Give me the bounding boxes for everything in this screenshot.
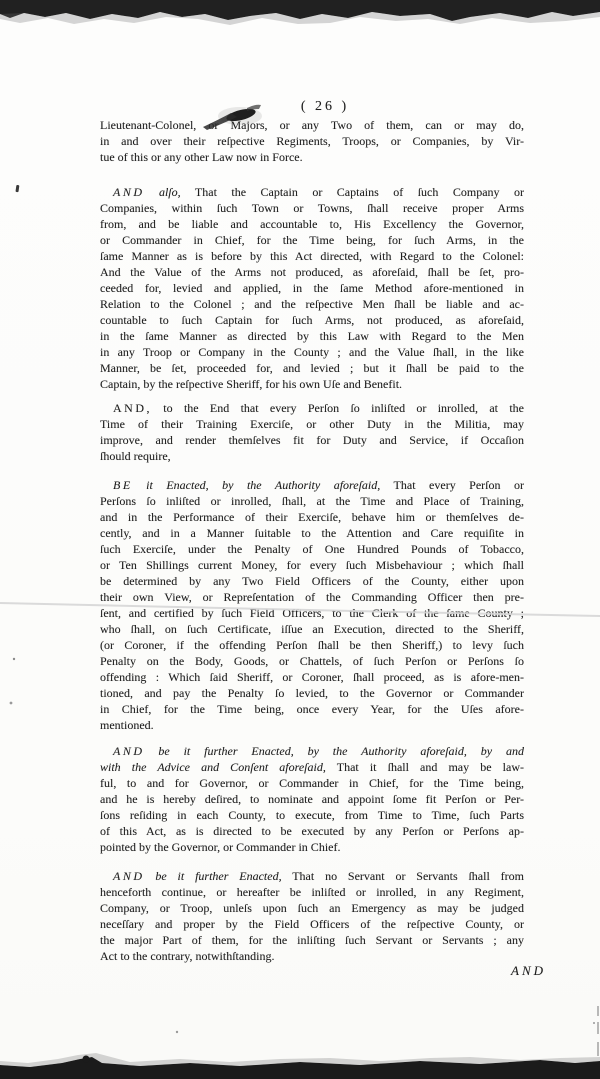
text-line: ceeded for, levied and applied, in the ſ… <box>100 280 524 296</box>
page-number: ( 26 ) <box>123 99 527 115</box>
text-segment: Perſons ſo inliſted or inrolled, ſhall, … <box>100 494 524 508</box>
text-segment: of this Act, as is directed to be execut… <box>100 824 524 838</box>
text-segment: alſo, <box>145 185 181 199</box>
text-line: Manner, be ſet, proceeded for, and levie… <box>100 360 524 376</box>
text-segment: the major Part of them, for the inliſtin… <box>100 933 524 947</box>
text-segment: their own View, or Repreſentation of the… <box>100 590 524 604</box>
text-line: in the ſame Manner as directed by this L… <box>100 328 524 344</box>
text-segment: from, and be liable and accountable to, … <box>100 217 524 231</box>
text-segment: Company, or Troop, unleſs upon ſuch an E… <box>100 901 524 915</box>
paragraph: AND be it further Enacted, by the Author… <box>100 743 524 855</box>
text-segment: That the Captain or Captains of ſuch Com… <box>181 185 524 199</box>
text-line: AND alſo, That the Captain or Captains o… <box>100 184 524 200</box>
text-line: their own View, or Repreſentation of the… <box>100 589 524 605</box>
text-line: in and over their reſpective Regiments, … <box>100 133 524 149</box>
text-segment: And the Value of the Arms not produced, … <box>100 265 524 279</box>
text-segment: improve, and render themſelves fit for D… <box>100 433 524 447</box>
text-segment: tue of this or any other Law now in Forc… <box>100 150 303 164</box>
text-line: Lieutenant-Colonel, or Majors, or any Tw… <box>100 117 524 133</box>
top-tear-fuzz <box>0 12 600 25</box>
text-line: Act to the contrary, notwithſtanding. <box>100 948 524 964</box>
text-line: and he is hereby deſired, to nominate an… <box>100 791 524 807</box>
text-line: Company, or Troop, unleſs upon ſuch an E… <box>100 900 524 916</box>
paragraph: Lieutenant-Colonel, or Majors, or any Tw… <box>100 117 524 165</box>
text-line: henceforth continue, or hereafter be inl… <box>100 884 524 900</box>
text-line: pointed by the Governor, or Commander in… <box>100 839 524 855</box>
text-segment: or Commander in Chief, for the Time bein… <box>100 233 524 247</box>
text-line: And the Value of the Arms not produced, … <box>100 264 524 280</box>
text-line: offending : Which ſaid Sheriff, or Coron… <box>100 669 524 685</box>
text-line: ſuch Exerciſe, under the Penalty of One … <box>100 541 524 557</box>
text-segment: be determined by any Two Field Officers … <box>100 574 524 588</box>
text-line: Companies, within ſuch Town or Towns, ſh… <box>100 200 524 216</box>
text-segment: henceforth continue, or hereafter be inl… <box>100 885 524 899</box>
text-line: ſent, and certified by ſuch Field Office… <box>100 605 524 621</box>
text-segment: AND <box>113 744 145 758</box>
text-line: ſame Manner as is before by this Act dir… <box>100 248 524 264</box>
text-segment: neceſſary and proper by the Field Office… <box>100 917 524 931</box>
text-segment: (or Coroner, if the offending Perſon ſha… <box>100 638 524 652</box>
paragraph: AND be it further Enacted, That no Serva… <box>100 868 524 964</box>
text-line: Captain, by the reſpective Sheriff, for … <box>100 376 524 392</box>
text-segment: Relation to the Colonel ; and the reſpec… <box>100 297 524 311</box>
text-segment: ceeded for, levied and applied, in the ſ… <box>100 281 524 295</box>
text-line: who ſhall, on ſuch Certificate, iſſue an… <box>100 621 524 637</box>
text-segment: ſhould require, <box>100 449 171 463</box>
text-line: (or Coroner, if the offending Perſon ſha… <box>100 637 524 653</box>
text-segment: and he is hereby deſired, to nominate an… <box>100 792 524 806</box>
text-line: be determined by any Two Field Officers … <box>100 573 524 589</box>
text-segment: Companies, within ſuch Town or Towns, ſh… <box>100 201 524 215</box>
text-line: from, and be liable and accountable to, … <box>100 216 524 232</box>
text-line: tue of this or any other Law now in Forc… <box>100 149 524 165</box>
text-segment: offending : Which ſaid Sheriff, or Coron… <box>100 670 524 684</box>
text-line: improve, and render themſelves fit for D… <box>100 432 524 448</box>
text-line: Relation to the Colonel ; and the reſpec… <box>100 296 524 312</box>
paragraph: BE it Enacted, by the Authority aforeſai… <box>100 477 524 733</box>
text-segment: or Ten Shillings current Money, for ever… <box>100 558 524 572</box>
text-line: in Chief, for the Time being, once every… <box>100 701 524 717</box>
text-segment: who ſhall, on ſuch Certificate, iſſue an… <box>100 622 524 636</box>
text-line: neceſſary and proper by the Field Office… <box>100 916 524 932</box>
paragraph: AND alſo, That the Captain or Captains o… <box>100 184 524 392</box>
text-line: BE it Enacted, by the Authority aforeſai… <box>100 477 524 493</box>
text-segment: Time of their Training Exerciſe, or othe… <box>100 417 524 431</box>
text-line: Perſons ſo inliſted or inrolled, ſhall, … <box>100 493 524 509</box>
text-segment: ſuch Exerciſe, under the Penalty of One … <box>100 542 524 556</box>
text-line: AND, to the End that every Perſon ſo inl… <box>100 400 524 416</box>
text-line: mentioned. <box>100 717 524 733</box>
text-line: Time of their Training Exerciſe, or othe… <box>100 416 524 432</box>
text-segment: countable to ſuch Captain for ſuch Arms,… <box>100 313 524 327</box>
text-segment: in any Troop or Company in the County ; … <box>100 345 524 359</box>
text-line: in any Troop or Company in the County ; … <box>100 344 524 360</box>
text-segment: ſame Manner as is before by this Act dir… <box>100 249 524 263</box>
scanned-page: ( 26 ) Lieutenant-Colonel, or Majors, or… <box>0 0 600 1079</box>
text-segment: AND <box>113 869 145 883</box>
catchword: AND <box>511 963 546 979</box>
text-segment: to the End that every Perſon ſo inliſted… <box>152 401 524 415</box>
text-line: or Commander in Chief, for the Time bein… <box>100 232 524 248</box>
text-line: ful, to and for Governor, or Commander i… <box>100 775 524 791</box>
text-block: Lieutenant-Colonel, or Majors, or any Tw… <box>100 117 524 964</box>
text-line: AND be it further Enacted, That no Serva… <box>100 868 524 884</box>
text-segment: Lieutenant-Colonel, or Majors, or any Tw… <box>100 118 524 132</box>
bottom-tear-fuzz <box>0 1053 600 1067</box>
text-segment: in and over their reſpective Regiments, … <box>100 134 524 148</box>
bottom-tear <box>0 1057 600 1079</box>
text-segment: ſons reſiding in each County, to execute… <box>100 808 524 822</box>
text-segment: Act to the contrary, notwithſtanding. <box>100 949 275 963</box>
text-segment: and in the Performance of their Exerciſe… <box>100 510 524 524</box>
text-segment: with the Advice and Conſent aforeſaid, <box>100 760 326 774</box>
text-segment: be it further Enacted, by the Authority … <box>145 744 525 758</box>
text-segment: ſent, and certified by ſuch Field Office… <box>100 606 524 620</box>
text-segment: Captain, by the reſpective Sheriff, for … <box>100 377 402 391</box>
text-segment: pointed by the Governor, or Commander in… <box>100 840 340 854</box>
text-segment: BE <box>113 478 133 492</box>
text-line: countable to ſuch Captain for ſuch Arms,… <box>100 312 524 328</box>
text-line: cently, and in a Manner ſuitable to the … <box>100 525 524 541</box>
text-segment: That it ſhall and may be law- <box>326 760 524 774</box>
text-line: or Ten Shillings current Money, for ever… <box>100 557 524 573</box>
text-line: with the Advice and Conſent aforeſaid, T… <box>100 759 524 775</box>
text-segment: AND <box>113 185 145 199</box>
text-segment: be it further Enacted, <box>145 869 282 883</box>
text-line: ſhould require, <box>100 448 524 464</box>
text-line: and in the Performance of their Exerciſe… <box>100 509 524 525</box>
text-segment: cently, and in a Manner ſuitable to the … <box>100 526 524 540</box>
text-segment: That every Perſon or <box>380 478 524 492</box>
text-segment: Penalty on the Body, Goods, or Chattels,… <box>100 654 524 668</box>
text-line: Penalty on the Body, Goods, or Chattels,… <box>100 653 524 669</box>
text-segment: in Chief, for the Time being, once every… <box>100 702 524 716</box>
paragraph: AND, to the End that every Perſon ſo inl… <box>100 400 524 464</box>
text-segment: tioned, and pay the Penalty ſo levied, t… <box>100 686 524 700</box>
text-segment: in the ſame Manner as directed by this L… <box>100 329 524 343</box>
text-line: tioned, and pay the Penalty ſo levied, t… <box>100 685 524 701</box>
text-line: the major Part of them, for the inliſtin… <box>100 932 524 948</box>
text-segment: mentioned. <box>100 718 154 732</box>
text-line: ſons reſiding in each County, to execute… <box>100 807 524 823</box>
top-tear <box>0 0 600 21</box>
text-line: of this Act, as is directed to be execut… <box>100 823 524 839</box>
text-segment: it Enacted, by the Authority aforeſaid, <box>133 478 381 492</box>
text-segment: ful, to and for Governor, or Commander i… <box>100 776 524 790</box>
text-segment: That no Servant or Servants ſhall from <box>282 869 524 883</box>
text-segment: AND, <box>113 401 152 415</box>
text-segment: Manner, be ſet, proceeded for, and levie… <box>100 361 524 375</box>
text-line: AND be it further Enacted, by the Author… <box>100 743 524 759</box>
